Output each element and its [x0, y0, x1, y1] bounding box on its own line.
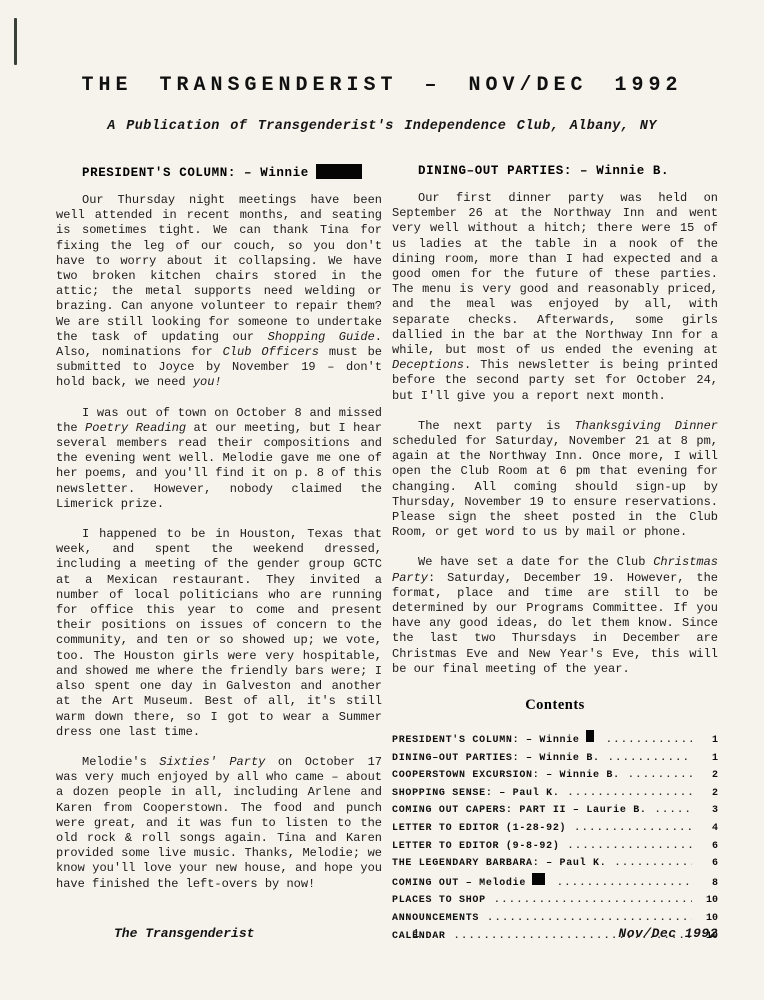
scan-artifact-line: [14, 18, 17, 65]
toc-leader-dots: [614, 855, 692, 873]
toc-entry-label: COOPERSTOWN EXCURSION: – Winnie B.: [392, 767, 620, 785]
footer-page-number: 1: [412, 927, 419, 941]
toc-entry-label: THE LEGENDARY BARBARA: – Paul K.: [392, 855, 606, 873]
toc-leader-dots: [608, 750, 692, 768]
paragraph: I happened to be in Houston, Texas that …: [56, 527, 382, 740]
toc-entry: PRESIDENT'S COLUMN: – Winnie1: [392, 730, 718, 750]
toc-entry-page: 1: [698, 750, 718, 768]
toc-entry: ANNOUNCEMENTS10: [392, 910, 718, 928]
toc-entry-label: DINING–OUT PARTIES: – Winnie B.: [392, 750, 600, 768]
toc-entry-label: ANNOUNCEMENTS: [392, 910, 479, 928]
redaction-box: [316, 164, 362, 179]
paragraph: The next party is Thanksgiving Dinner sc…: [392, 419, 718, 541]
toc-entry: LETTER TO EDITOR (1-28-92)4: [392, 820, 718, 838]
page-footer: The Transgenderist 1 Nov/Dec 1992: [56, 926, 718, 941]
toc-entry: THE LEGENDARY BARBARA: – Paul K.6: [392, 855, 718, 873]
toc-leader-dots: [568, 785, 692, 803]
toc-entry-page: 6: [698, 838, 718, 856]
toc-entry-page: 10: [698, 892, 718, 910]
contents-list: PRESIDENT'S COLUMN: – Winnie1DINING–OUT …: [392, 730, 718, 945]
toc-entry-page: 4: [698, 820, 718, 838]
toc-entry: COMING OUT CAPERS: PART II – Laurie B.3: [392, 802, 718, 820]
toc-entry-page: 3: [698, 802, 718, 820]
dining-out-text: Our first dinner party was held on Septe…: [392, 191, 718, 677]
footer-newsletter-name: The Transgenderist: [56, 926, 412, 941]
toc-leader-dots: [568, 838, 692, 856]
toc-entry-label: SHOPPING SENSE: – Paul K.: [392, 785, 560, 803]
toc-entry: DINING–OUT PARTIES: – Winnie B.1: [392, 750, 718, 768]
toc-entry: PLACES TO SHOP10: [392, 892, 718, 910]
paragraph: I was out of town on October 8 and misse…: [56, 406, 382, 512]
paragraph: Our first dinner party was held on Septe…: [392, 191, 718, 404]
presidents-column-heading-text: PRESIDENT'S COLUMN: – Winnie: [82, 166, 309, 180]
toc-entry-label: COMING OUT – Melodie: [392, 875, 526, 893]
toc-entry-page: 1: [698, 732, 718, 750]
toc-entry-page: 8: [698, 875, 718, 893]
toc-entry-page: 10: [698, 910, 718, 928]
toc-entry: LETTER TO EDITOR (9-8-92)6: [392, 838, 718, 856]
toc-entry-label: LETTER TO EDITOR (9-8-92): [392, 838, 560, 856]
paragraph: Our Thursday night meetings have been we…: [56, 193, 382, 391]
toc-entry: SHOPPING SENSE: – Paul K.2: [392, 785, 718, 803]
redaction-box: [532, 873, 545, 885]
toc-entry-label: PLACES TO SHOP: [392, 892, 486, 910]
toc-leader-dots: [574, 820, 692, 838]
two-column-body: PRESIDENT'S COLUMN: – Winnie Our Thursda…: [0, 134, 764, 945]
footer-issue-date: Nov/Dec 1992: [420, 926, 718, 941]
toc-leader-dots: [487, 910, 692, 928]
toc-entry-page: 6: [698, 855, 718, 873]
toc-leader-dots: [655, 802, 692, 820]
left-column: PRESIDENT'S COLUMN: – Winnie Our Thursda…: [56, 164, 382, 945]
toc-entry-page: 2: [698, 767, 718, 785]
newsletter-title: THE TRANSGENDERIST – NOV/DEC 1992: [0, 74, 764, 97]
dining-out-heading-text: DINING–OUT PARTIES: – Winnie B.: [418, 164, 669, 178]
toc-entry-page: 2: [698, 785, 718, 803]
toc-leader-dots: [628, 767, 692, 785]
right-column: DINING–OUT PARTIES: – Winnie B. Our firs…: [392, 164, 718, 945]
toc-entry-label: COMING OUT CAPERS: PART II – Laurie B.: [392, 802, 647, 820]
redaction-box: [586, 730, 594, 742]
paragraph: Melodie's Sixties' Party on October 17 w…: [56, 755, 382, 892]
paragraph: We have set a date for the Club Christma…: [392, 555, 718, 677]
toc-entry: COOPERSTOWN EXCURSION: – Winnie B.2: [392, 767, 718, 785]
dining-out-heading: DINING–OUT PARTIES: – Winnie B.: [392, 164, 718, 178]
toc-entry: COMING OUT – Melodie8: [392, 873, 718, 893]
contents-heading: Contents: [392, 697, 718, 714]
toc-entry-label: PRESIDENT'S COLUMN: – Winnie: [392, 732, 580, 750]
masthead: THE TRANSGENDERIST – NOV/DEC 1992 A Publ…: [0, 0, 764, 134]
toc-leader-dots: [494, 892, 692, 910]
presidents-column-heading: PRESIDENT'S COLUMN: – Winnie: [56, 164, 382, 180]
toc-entry-label: LETTER TO EDITOR (1-28-92): [392, 820, 566, 838]
toc-leader-dots: [557, 875, 692, 893]
presidents-column-text: Our Thursday night meetings have been we…: [56, 193, 382, 892]
newsletter-subtitle: A Publication of Transgenderist's Indepe…: [0, 119, 764, 134]
toc-leader-dots: [606, 732, 692, 750]
newsletter-page: THE TRANSGENDERIST – NOV/DEC 1992 A Publ…: [0, 0, 764, 1000]
table-of-contents: Contents PRESIDENT'S COLUMN: – Winnie1DI…: [392, 697, 718, 945]
